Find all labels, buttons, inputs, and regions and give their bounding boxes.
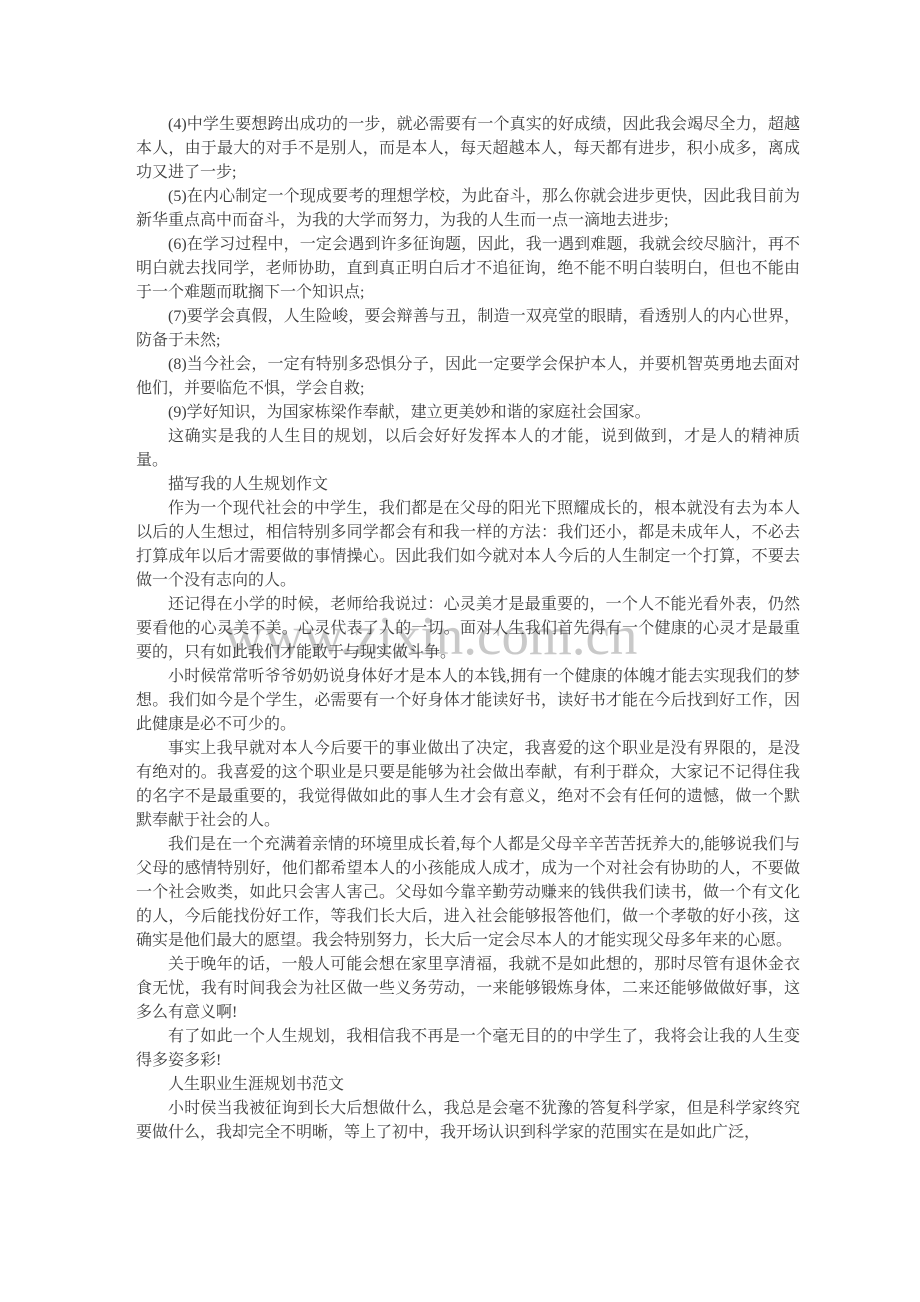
document-body: (4)中学生要想跨出成功的一步，就必需要有一个真实的好成绩，因此我会竭尽全力，超… bbox=[136, 113, 800, 1145]
paragraph: (9)学好知识，为国家栋梁作奉献，建立更美妙和谐的家庭社会国家。 bbox=[136, 401, 800, 425]
paragraph: 我们是在一个充满着亲情的环境里成长着,每个人都是父母辛辛苦苦抚养大的,能够说我们… bbox=[136, 833, 800, 953]
section-title: 人生职业生涯规划书范文 bbox=[136, 1073, 800, 1097]
document-page: www.zixin.com.cn (4)中学生要想跨出成功的一步，就必需要有一个… bbox=[0, 0, 920, 1302]
paragraph: 还记得在小学的时候，老师给我说过：心灵美才是最重要的，一个人不能光看外表，仍然要… bbox=[136, 593, 800, 665]
paragraph: 作为一个现代社会的中学生，我们都是在父母的阳光下照耀成长的，根本就没有去为本人以… bbox=[136, 497, 800, 593]
paragraph: 有了如此一个人生规划，我相信我不再是一个毫无目的的中学生了，我将会让我的人生变得… bbox=[136, 1025, 800, 1073]
paragraph: 事实上我早就对本人今后要干的事业做出了决定，我喜爱的这个职业是没有界限的，是没有… bbox=[136, 737, 800, 833]
paragraph: (4)中学生要想跨出成功的一步，就必需要有一个真实的好成绩，因此我会竭尽全力，超… bbox=[136, 113, 800, 185]
paragraph: 小时候常常听爷爷奶奶说身体好才是本人的本钱,拥有一个健康的体魄才能去实现我们的梦… bbox=[136, 665, 800, 737]
section-title: 描写我的人生规划作文 bbox=[136, 473, 800, 497]
paragraph: (5)在内心制定一个现成要考的理想学校，为此奋斗，那么你就会进步更快，因此我目前… bbox=[136, 185, 800, 233]
paragraph: (8)当今社会，一定有特别多恐惧分子，因此一定要学会保护本人，并要机智英勇地去面… bbox=[136, 353, 800, 401]
paragraph: 这确实是我的人生目的规划，以后会好好发挥本人的才能，说到做到，才是人的精神质量。 bbox=[136, 425, 800, 473]
paragraph: (6)在学习过程中，一定会遇到许多征询题，因此，我一遇到难题，我就会绞尽脑汁，再… bbox=[136, 233, 800, 305]
paragraph: 关于晚年的话，一般人可能会想在家里享清福，我就不是如此想的，那时尽管有退休金衣食… bbox=[136, 953, 800, 1025]
paragraph: 小时侯当我被征询到长大后想做什么，我总是会毫不犹豫的答复科学家，但是科学家终究要… bbox=[136, 1097, 800, 1145]
paragraph: (7)要学会真假，人生险峻，要会辩善与丑，制造一双亮堂的眼睛，看透别人的内心世界… bbox=[136, 305, 800, 353]
